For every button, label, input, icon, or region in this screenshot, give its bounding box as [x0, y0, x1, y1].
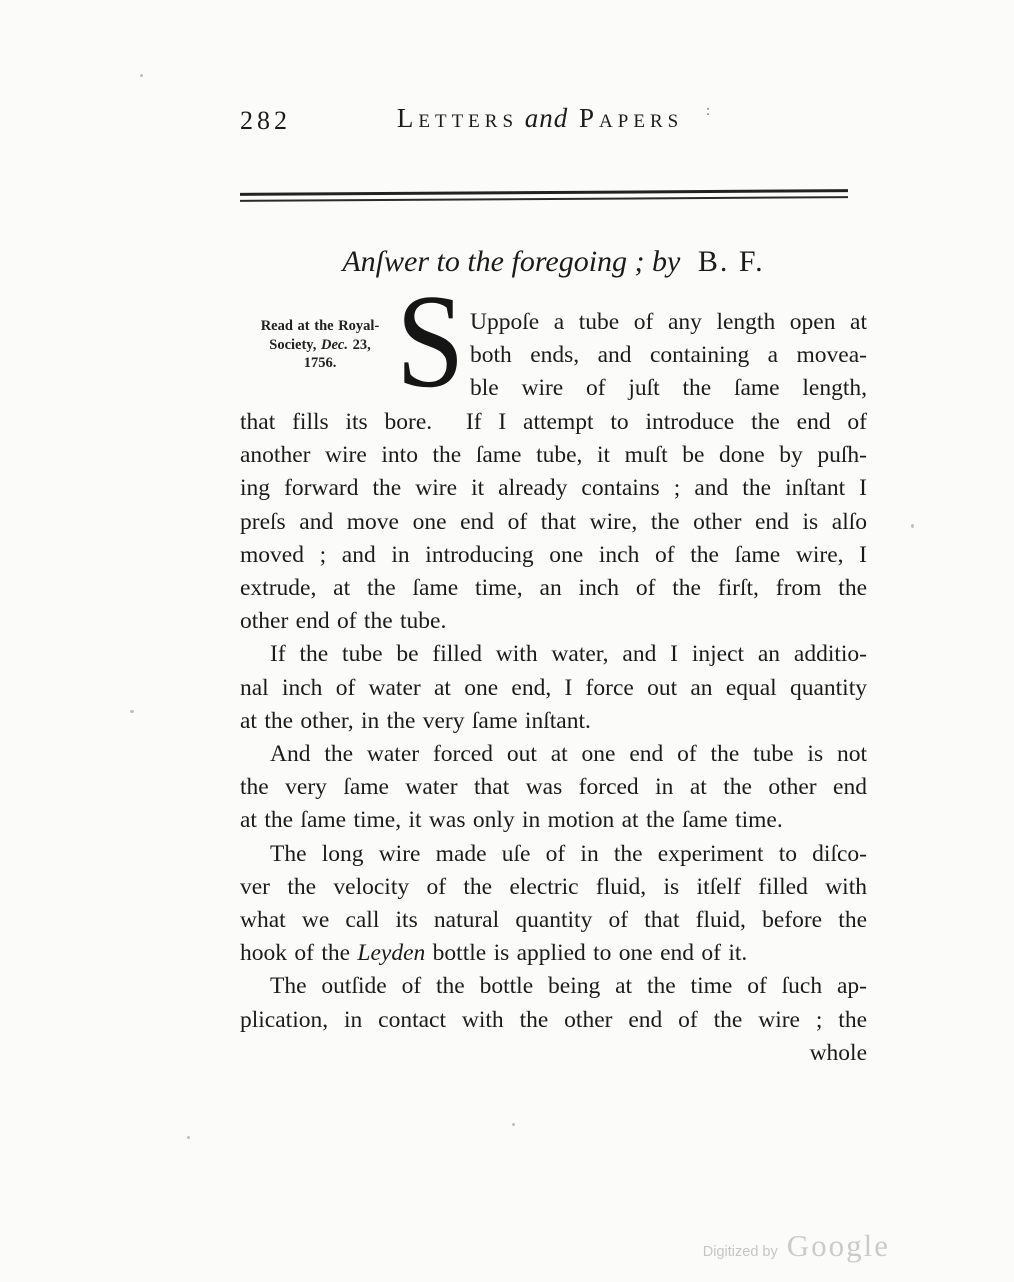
running-head: Letters and Papers : — [240, 103, 867, 134]
text-line: Society, Dec. 23, — [240, 336, 400, 355]
text-line: The long wire made uſe of in the experim… — [240, 838, 867, 871]
text-line: that fills its bore. If I attempt to int… — [240, 406, 867, 439]
text-line: both ends, and containing a movea- — [470, 339, 867, 372]
scan-speck — [187, 1136, 190, 1139]
page-number: 282 — [240, 106, 291, 136]
text-line: at the ſame time, it was only in motion … — [240, 804, 867, 837]
text-line: preſs and move one end of that wire, the… — [240, 506, 867, 539]
text-line: the very ſame water that was forced in a… — [240, 771, 867, 804]
text-line: Read at the Royal- — [240, 317, 400, 336]
scan-speck — [911, 524, 914, 528]
body-text: that fills its bore. If I attempt to int… — [240, 406, 867, 1070]
page-header: 282 Letters and Papers : — [240, 103, 867, 137]
ink-mark: : — [706, 103, 710, 119]
text-block: 282 Letters and Papers : Anſwer to the f… — [240, 103, 867, 1070]
section-title-italic: Anſwer to the foregoing ; by — [342, 245, 680, 278]
margin-note: Read at the Royal-Society, Dec. 23,1756. — [240, 306, 400, 406]
drop-cap-box: S — [400, 306, 470, 406]
text-line: ver the velocity of the electric fluid, … — [240, 871, 867, 904]
text-line: hook of the Leyden bottle is applied to … — [240, 937, 867, 970]
text-line: at the other, in the very ſame inſtant. — [240, 705, 867, 738]
opening-paragraph: Read at the Royal-Society, Dec. 23,1756.… — [240, 306, 867, 406]
scan-speck — [512, 1123, 515, 1126]
text-line: ing forward the wire it already contains… — [240, 472, 867, 505]
text-line: another wire into the ſame tube, it muſt… — [240, 439, 867, 472]
text-line: moved ; and in introducing one inch of t… — [240, 539, 867, 572]
section-title: Anſwer to the foregoing ; by B. F. — [240, 245, 867, 279]
scanned-book-page: { "page": { "number": "282", "header": {… — [0, 0, 1014, 1282]
scan-speck — [140, 74, 143, 77]
running-head-word2: Papers — [579, 103, 683, 133]
text-line: plication, in contact with the other end… — [240, 1004, 867, 1037]
text-line: whole — [240, 1037, 867, 1070]
text-line: Uppoſe a tube of any length open at — [470, 306, 867, 339]
running-head-word1: Letters — [397, 103, 518, 133]
google-logo: Google — [787, 1228, 890, 1263]
text-line: The outſide of the bottle being at the t… — [240, 970, 867, 1003]
text-line: other end of the tube. — [240, 605, 867, 638]
opening-lines: Uppoſe a tube of any length open atboth … — [470, 306, 867, 406]
text-line: nal inch of water at one end, I force ou… — [240, 672, 867, 705]
drop-cap-letter: S — [396, 274, 465, 408]
section-title-author: B. F. — [698, 245, 765, 278]
text-line: 1756. — [240, 354, 400, 373]
running-head-conjunction: and — [525, 103, 569, 133]
double-rule-divider — [240, 189, 848, 202]
text-line: If the tube be filled with water, and I … — [240, 638, 867, 671]
text-line: And the water forced out at one end of t… — [240, 738, 867, 771]
text-line: what we call its natural quantity of tha… — [240, 904, 867, 937]
scan-speck — [130, 710, 134, 713]
watermark-prefix: Digitized by — [703, 1244, 778, 1260]
text-line: extrude, at the ſame time, an inch of th… — [240, 572, 867, 605]
digitized-watermark: Digitized byGoogle — [703, 1228, 890, 1264]
text-line: ble wire of juſt the ſame length, — [470, 372, 867, 405]
